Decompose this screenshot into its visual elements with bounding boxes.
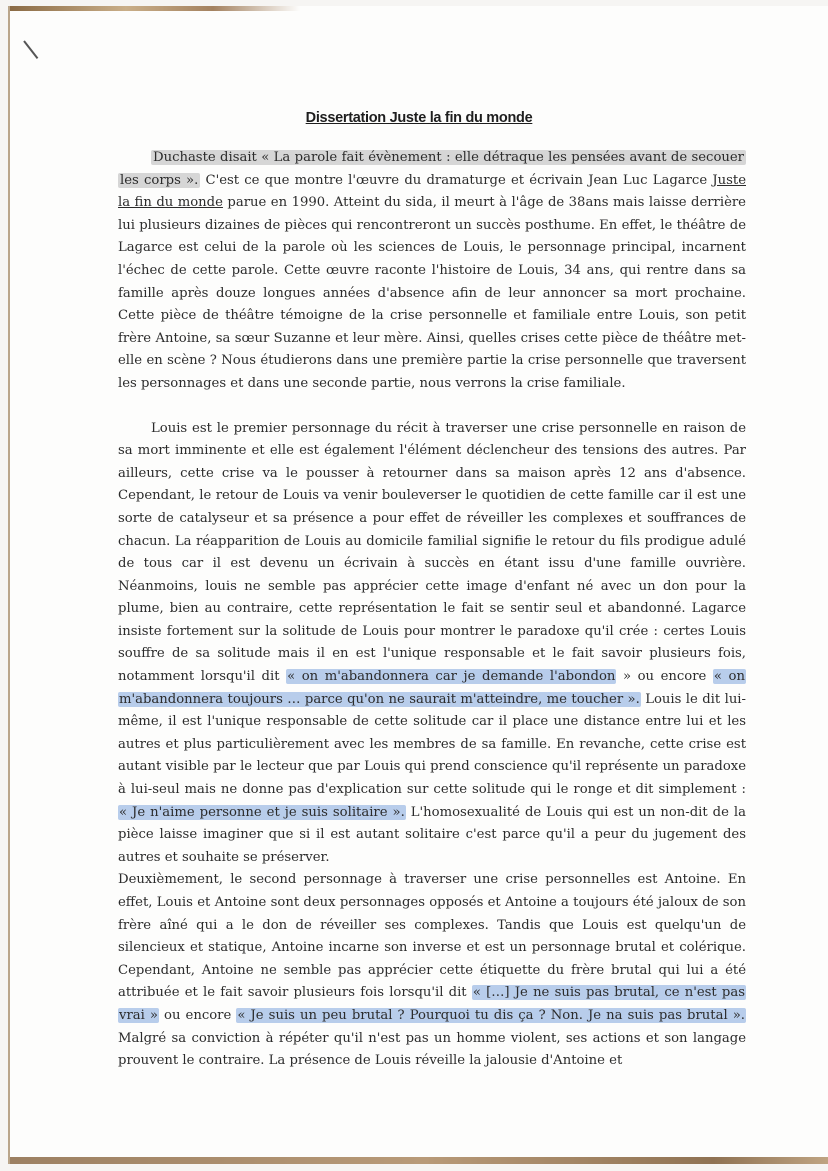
document-title: Dissertation Juste la fin du monde	[10, 110, 828, 126]
text-run: Louis le dit lui-même, il est l'unique r…	[118, 692, 746, 797]
text-run: ou encore	[159, 1008, 236, 1023]
text-run: » ou encore	[616, 669, 713, 684]
highlighted-quote: « Je n'aime personne et je suis solitair…	[118, 805, 406, 820]
text-run: parue en 1990. Atteint du sida, il meurt…	[118, 195, 746, 391]
paragraph-antoine: Deuxièmement, le second personnage à tra…	[118, 869, 746, 1072]
paragraph-louis: Louis est le premier personnage du récit…	[118, 418, 746, 870]
highlighted-quote: « Je suis un peu brutal ? Pourquoi tu di…	[236, 1008, 746, 1023]
pen-mark	[23, 40, 38, 59]
page-edge-bottom	[10, 1157, 828, 1164]
document-body: Duchaste disait « La parole fait évèneme…	[118, 147, 746, 1073]
page-edge-top	[10, 6, 300, 11]
text-run: Malgré sa conviction à répéter qu'il n'e…	[118, 1031, 746, 1069]
scanned-page: Dissertation Juste la fin du monde Ducha…	[8, 6, 828, 1164]
text-run: Deuxièmement, le second personnage à tra…	[118, 872, 746, 1000]
text-run: Louis est le premier personnage du récit…	[118, 421, 746, 685]
highlighted-quote: « on m'abandonnera car je demande l'abon…	[286, 669, 616, 684]
paragraph-introduction: Duchaste disait « La parole fait évèneme…	[118, 147, 746, 396]
text-run: C'est ce que montre l'œuvre du dramaturg…	[200, 173, 712, 188]
